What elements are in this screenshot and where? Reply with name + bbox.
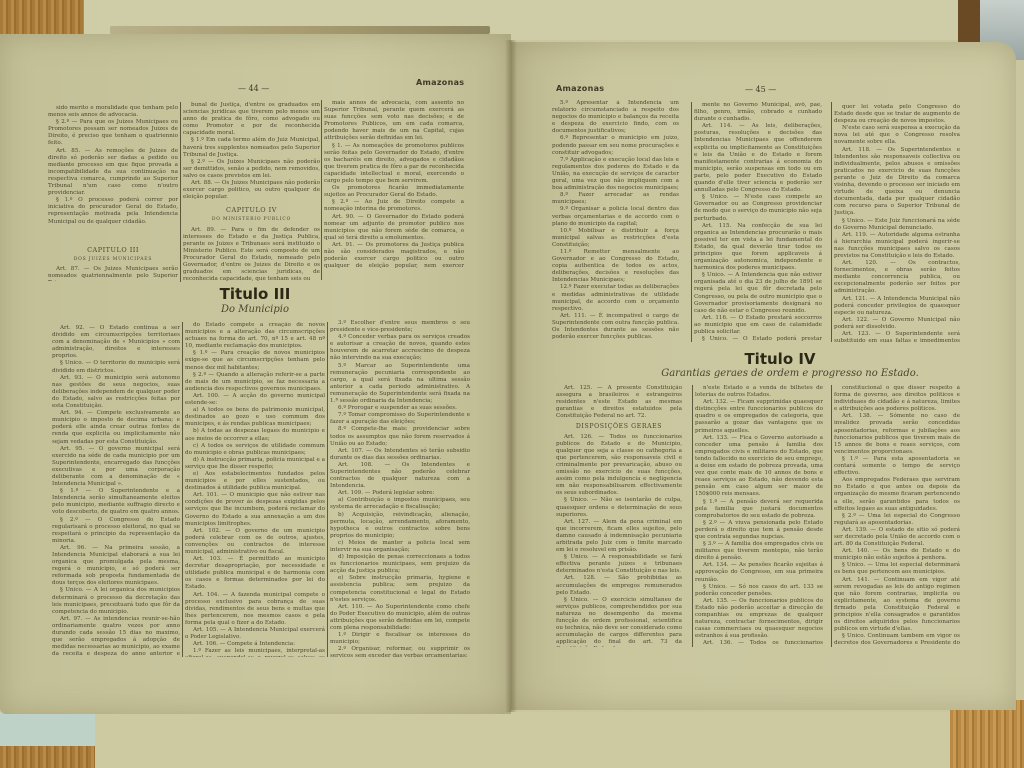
book-gutter: [505, 40, 517, 712]
chapter-subheading: DO MINISTERIO PUBLICO: [183, 216, 320, 223]
left-top-column-1-chapter: CAPITULO III DOS JUIZES MUNICIPAES Art. …: [48, 247, 178, 281]
right-top-column-3: quer lei votada pelo Congresso do Estado…: [834, 104, 960, 342]
chapter-subheading: DOS JUIZES MUNICIPAES: [48, 256, 178, 263]
wooden-frame: [958, 0, 980, 48]
right-running-head: Amazonas: [556, 84, 604, 93]
column-divider: [182, 322, 183, 657]
left-top-column-2: bunal de Justiça, d'entre os graduados e…: [183, 102, 320, 282]
column-divider: [180, 102, 181, 282]
column-divider: [321, 100, 322, 280]
background-paper-bottom: [95, 712, 950, 768]
section-heading-disposicoes-geraes: DISPOSIÇÕES GERAES: [556, 423, 682, 430]
column-divider: [831, 102, 832, 342]
column-divider: [691, 102, 692, 342]
left-bottom-column-3: 3.º Escolher d'entre seus membros o seu …: [330, 320, 470, 657]
left-running-head: Amazonas: [416, 78, 464, 87]
right-bottom-column-1: Art. 125. — A presente Constituição asse…: [556, 385, 682, 647]
blue-label-strip: [0, 712, 95, 746]
right-bottom-column-3: constitucional o que disser respeito á f…: [834, 385, 960, 645]
column-divider: [831, 385, 832, 647]
left-page-number: — 44 —: [238, 84, 269, 93]
column-divider: [327, 322, 328, 657]
titulo-iii-subtitle: Do Municipio: [180, 304, 330, 315]
right-bottom-column-2: n'este Estado e a venda de bilhetes de l…: [695, 385, 823, 647]
column-divider: [692, 385, 693, 647]
titulo-iv-heading: Titulo IV: [700, 350, 860, 368]
left-top-column-1: sido merito e moralidade que tenham pelo…: [48, 105, 178, 225]
chapter-heading: CAPITULO IV: [183, 207, 320, 214]
wooden-table-edge: [0, 0, 84, 38]
right-top-column-1: 5.º Apresentar á Intendencia um relatori…: [552, 100, 679, 340]
left-top-column-3: mais annos de advocacia, com assento no …: [324, 100, 464, 270]
titulo-iii-heading: Titulo III: [180, 285, 330, 303]
titulo-iv-subtitle: Garantias geraes de ordem e progresso no…: [600, 368, 980, 379]
left-bottom-column-1: Art. 92. — O Estado continua a ser divid…: [52, 325, 180, 657]
book-spine-edge: [110, 26, 490, 34]
chapter-heading: CAPITULO III: [48, 247, 178, 254]
right-page-number: — 45 —: [745, 85, 776, 94]
left-bottom-column-2: do Estado compete a creação de novos mun…: [185, 322, 325, 657]
right-top-column-2: mente no Governo Municipal, avô, pae, fi…: [694, 102, 822, 342]
wooden-table-bottom-right: [950, 700, 1024, 768]
